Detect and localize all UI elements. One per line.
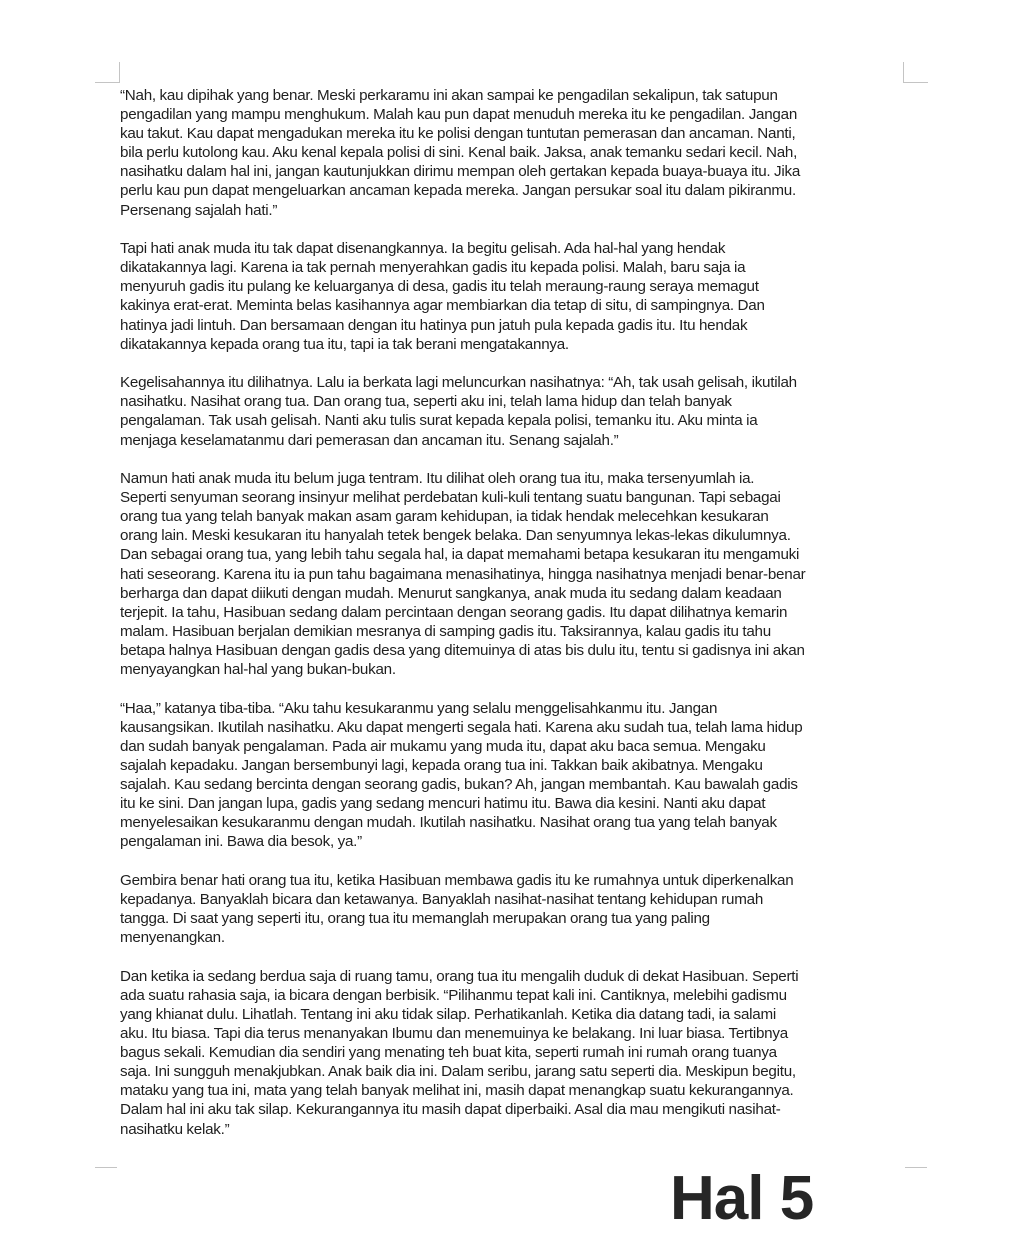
paragraph-3: Kegelisahannya itu dilihatnya. Lalu ia b… [120, 373, 910, 449]
top-right-margin-mark [903, 62, 928, 83]
bottom-left-margin-mark [95, 1167, 117, 1168]
paragraph-1: “Nah, kau dipihak yang benar. Meski perk… [120, 86, 910, 220]
page-number-label: Hal 5 [670, 1168, 813, 1230]
paragraph-5: “Haa,” katanya tiba-tiba. “Aku tahu kesu… [120, 699, 910, 852]
bottom-right-margin-mark [905, 1167, 927, 1168]
paragraph-6: Gembira benar hati orang tua itu, ketika… [120, 871, 910, 947]
paragraph-4: Namun hati anak muda itu belum juga tent… [120, 469, 910, 679]
top-left-margin-mark [95, 62, 120, 83]
document-page: “Nah, kau dipihak yang benar. Meski perk… [0, 0, 1023, 1248]
document-body: “Nah, kau dipihak yang benar. Meski perk… [120, 86, 910, 1158]
paragraph-7: Dan ketika ia sedang berdua saja di ruan… [120, 967, 910, 1139]
paragraph-2: Tapi hati anak muda itu tak dapat disena… [120, 239, 910, 354]
